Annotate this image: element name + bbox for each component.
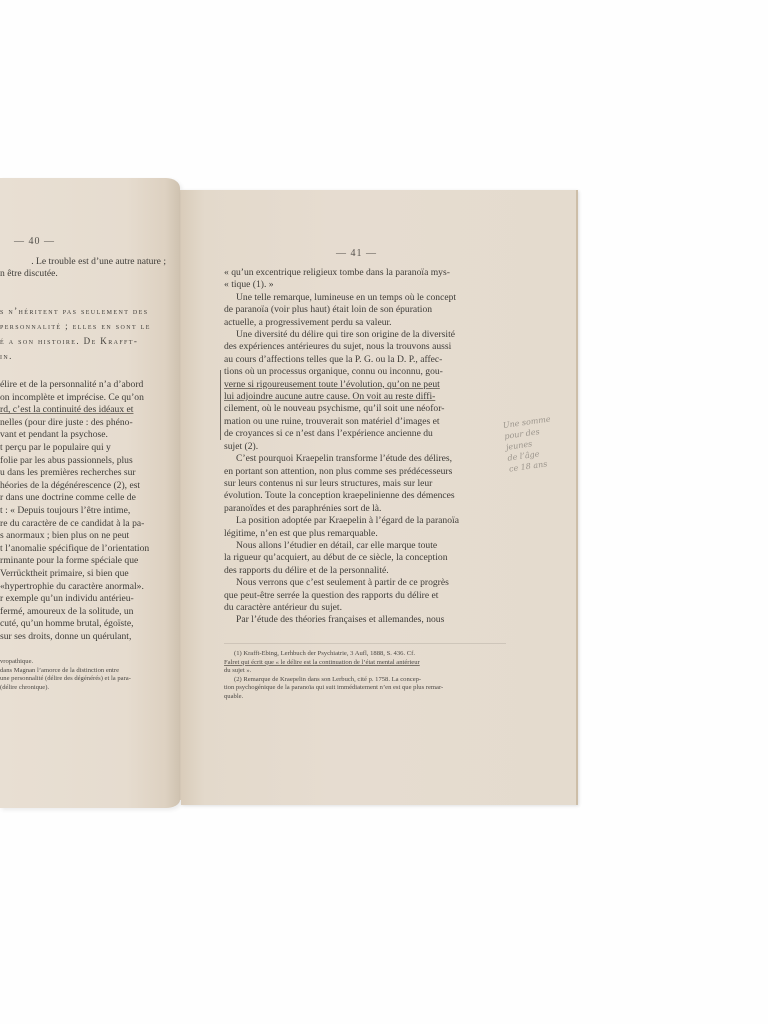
paragraph: Nous verrons que c’est seulement à parti… [224,577,506,614]
right-footnotes: (1) Krafft-Ebing, Lerhbuch der Psychiatr… [224,650,506,702]
footnote-line: Falret qui écrit que « le délire est la … [224,659,506,668]
body-line: cuté, qu’un homme brutal, égoïste, [0,618,166,631]
body-line: rminante pour la forme spéciale que [0,555,166,568]
left-top-text: . Le trouble est d’une autre nature ; n … [0,256,166,281]
body-line: vant et pendant la psychose. [0,429,166,442]
body-line: des rapports du délire et de la personna… [224,565,506,577]
body-line: actuelle, a progressivement perdu sa val… [224,317,506,329]
body-line: folie par les abus passionnels, plus [0,455,166,468]
right-body: « qu’un excentrique religieux tombe dans… [224,267,506,627]
body-line: du caractère antérieur du sujet. [224,602,506,614]
footnote-line: tion psychogénique de la paranoïa qui su… [224,684,506,693]
body-line: la rigueur qu’acquiert, au début de ce s… [224,552,506,564]
body-line: s anormaux ; bien plus on ne peut [0,530,166,543]
body-line: re du caractère de ce candidat à la pa- [0,518,166,531]
body-line: évolution. Toute la conception kraepelin… [224,490,506,502]
footnote-line: dans Magnan l’amorce de la distinction e… [0,667,166,676]
margin-pencil-mark [220,370,221,440]
footnote-line: quable. [224,693,506,702]
heading-line: in. [0,349,166,364]
body-line: des expériences antérieures du sujet, no… [224,341,506,353]
left-footnotes: vropathique. dans Magnan l’amorce de la … [0,658,166,692]
body-line: t perçu par le populaire qui y [0,442,166,455]
body-line: « qu’un excentrique religieux tombe dans… [224,267,506,279]
body-line: nelles (pour dire juste : des phéno- [0,417,166,430]
body-line: verne si rigoureusement toute l’évolutio… [224,379,506,391]
body-line: en portant son attention, non plus comme… [224,466,506,478]
body-line: mation ou une ruine, trouverait son maté… [224,416,506,428]
footnote: (1) Krafft-Ebing, Lerhbuch der Psychiatr… [224,650,506,676]
paragraph: La position adoptée par Kraepelin à l’ég… [224,515,506,540]
body-line: rd, c’est la continuité des idéaux et [0,404,166,417]
body-line: Nous verrons que c’est seulement à parti… [224,577,506,589]
footnote-line: du sujet ». [224,667,506,676]
footnote-line: (2) Remarque de Kraepelin dans son Lerbu… [224,676,506,685]
body-line: t l’anomalie spécifique de l’orientation [0,543,166,556]
left-heading: s n’héritent pas seulement des personnal… [0,304,166,364]
body-line: Verrücktheit primaire, si bien que [0,568,166,581]
paragraph: « qu’un excentrique religieux tombe dans… [224,267,506,292]
footnote: (2) Remarque de Kraepelin dans son Lerbu… [224,676,506,702]
handwritten-margin-note: Une somme pour des jeunes de l’âge ce 18… [502,410,580,479]
body-line: on incomplète et imprécise. Ce qu’on [0,392,166,405]
body-line: cilement, où le nouveau psychisme, qu’il… [224,403,506,415]
body-line: La position adoptée par Kraepelin à l’ég… [224,515,506,527]
right-page-number: — 41 — [336,248,377,259]
body-line: t : « Depuis toujours l’être intime, [0,505,166,518]
left-line: n être discutée. [0,268,166,280]
footnote-line: une personnalité (délire des dégénérés) … [0,675,166,684]
paragraph: C’est pourquoi Kraepelin transforme l’ét… [224,453,506,515]
heading-line: s n’héritent pas seulement des [0,304,166,319]
body-line: sur ses droits, donne un quérulant, [0,631,166,644]
paragraph: Une diversité du délire qui tire son ori… [224,329,506,453]
footnote-line: (1) Krafft-Ebing, Lerhbuch der Psychiatr… [224,650,506,659]
body-line: Une diversité du délire qui tire son ori… [224,329,506,341]
body-line: sur leurs contenus ni sur leurs structur… [224,478,506,490]
left-line: . Le trouble est d’une autre nature ; [0,256,166,268]
body-line: de paranoïa (voir plus haut) était loin … [224,304,506,316]
paragraph: Par l’étude des théories françaises et a… [224,614,506,626]
body-line: Nous allons l’étudier en détail, car ell… [224,540,506,552]
body-line: légitime, n’en est que plus remarquable. [224,528,506,540]
right-page: — 41 — « qu’un excentrique religieux tom… [181,190,578,805]
body-line: de croyances si ce n’est dans l’expérien… [224,428,506,440]
body-line: C’est pourquoi Kraepelin transforme l’ét… [224,453,506,465]
body-line: u dans les premières recherches sur [0,467,166,480]
body-line: que peut-être serrée la question des rap… [224,590,506,602]
paragraph: Nous allons l’étudier en détail, car ell… [224,540,506,577]
body-line: «hypertrophie du caractère anormal». [0,581,166,594]
body-line: tions où un processus organique, connu o… [224,366,506,378]
left-page: — 40 — . Le trouble est d’une autre natu… [0,178,180,808]
body-line: au cours d’affections telles que la P. G… [224,354,506,366]
body-line: élire et de la personnalité n’a d’abord [0,379,166,392]
paragraph: Une telle remarque, lumineuse en un temp… [224,292,506,329]
body-line: paranoïdes et des paraphrénies sort de l… [224,503,506,515]
body-line: Par l’étude des théories françaises et a… [224,614,506,626]
footnote-separator [224,643,506,644]
left-body: élire et de la personnalité n’a d’abord … [0,379,166,643]
heading-line: personnalité ; elles en sont le [0,319,166,334]
body-line: Une telle remarque, lumineuse en un temp… [224,292,506,304]
left-page-number: — 40 — [14,236,55,247]
footnote-line: vropathique. [0,658,166,667]
heading-line: é a son histoire. De Krafft- [0,334,166,349]
body-line: lui adjoindre aucune autre cause. On voi… [224,391,506,403]
body-line: sujet (2). [224,441,506,453]
body-line: r exemple qu’un individu antérieu- [0,593,166,606]
footnote-line: (délire chronique). [0,684,166,693]
body-line: « tique (1). » [224,279,506,291]
body-line: fermé, amoureux de la solitude, un [0,606,166,619]
body-line: héories de la dégénérescence (2), est [0,480,166,493]
body-line: r dans une doctrine comme celle de [0,492,166,505]
